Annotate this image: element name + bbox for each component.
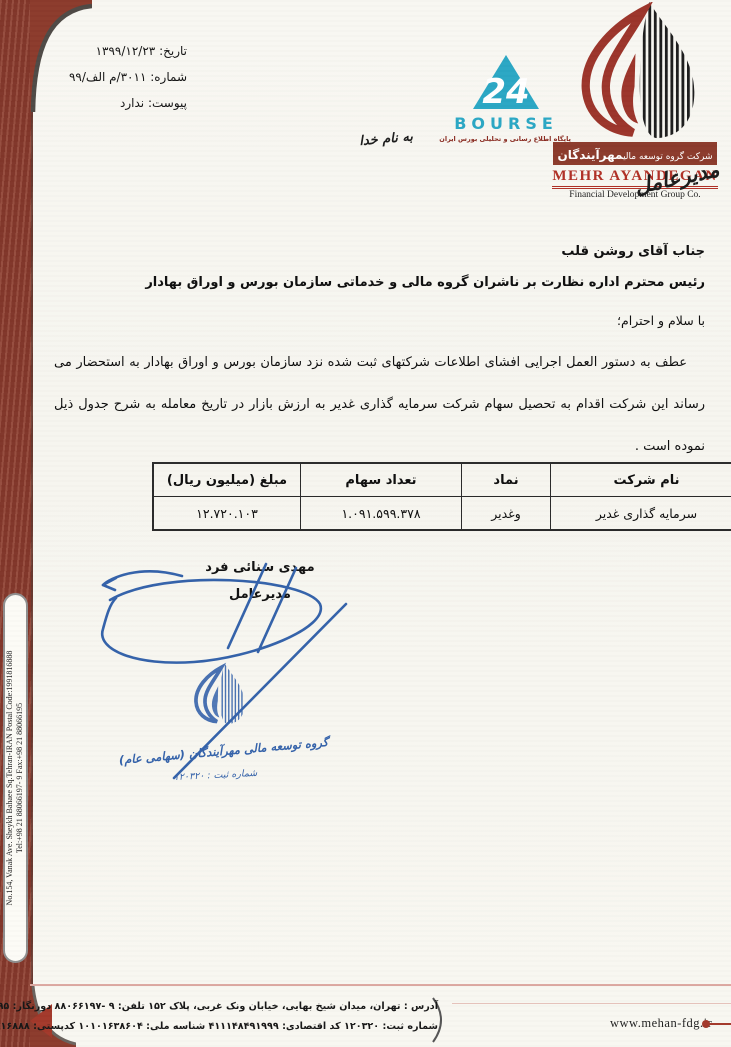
cell-amount: ۱۲.۷۲۰.۱۰۳ xyxy=(153,497,301,531)
table-row: سرمایه گذاری غدیر وغدیر ۱.۰۹۱.۵۹۹.۳۷۸ ۱۲… xyxy=(153,497,731,531)
header-share-count: تعداد سهام xyxy=(301,463,462,497)
footer-address-block: آدرس : تهران، میدان شیخ بهایی، خیابان ون… xyxy=(48,997,438,1037)
svg-text:24: 24 xyxy=(482,72,529,109)
recipient-block: جناب آقای روشن قلب رئیس محترم اداره نظار… xyxy=(37,236,705,298)
website-arrow-line xyxy=(709,1023,731,1025)
cell-share-count: ۱.۰۹۱.۵۹۹.۳۷۸ xyxy=(301,497,462,531)
side-address-line2: Tel:+98 21 88066197- 9 Fax:+98 21 880661… xyxy=(15,600,25,956)
meta-number-label: شماره: xyxy=(150,70,187,84)
company-name-fa-big: مهرآیندگان xyxy=(557,148,623,162)
meta-date-label: تاریخ: xyxy=(159,44,187,58)
footer-registry-line: شماره ثبت: ۱۲۰۳۲۰ کد اقتصادی: ۴۱۱۱۴۸۴۹۱۹… xyxy=(48,1017,438,1037)
table-header-row: نام شرکت نماد تعداد سهام مبلغ (میلیون ری… xyxy=(153,463,731,497)
meta-attachment-value: ندارد xyxy=(120,96,144,110)
side-address-strip: No.154, Vanak Ave. Sheykh Bahaee Sq.Tehr… xyxy=(3,593,28,963)
side-address-text: No.154, Vanak Ave. Sheykh Bahaee Sq.Tehr… xyxy=(5,600,27,956)
footer-divider-line xyxy=(30,984,731,986)
footer-thin-line xyxy=(452,1003,731,1004)
cell-ticker: وغدیر xyxy=(462,497,551,531)
meta-date-value: ۱۳۹۹/۱۲/۲۳ xyxy=(96,44,156,58)
header-amount: مبلغ (میلیون ریال) xyxy=(153,463,301,497)
bourse-triangle-icon: 24 xyxy=(473,55,539,109)
letter-meta: تاریخ: ۱۳۹۹/۱۲/۲۳ شماره: ۳۰۱۱/م الف/۹۹ پ… xyxy=(35,44,187,122)
website-url: www.mehan-fdg.ir xyxy=(610,1016,712,1031)
cell-company-name: سرمایه گذاری غدیر xyxy=(551,497,731,531)
meta-attachment: پیوست: ندارد xyxy=(35,96,187,110)
footer-address-line: آدرس : تهران، میدان شیخ بهایی، خیابان ون… xyxy=(48,997,438,1017)
company-flame-icon xyxy=(549,2,721,140)
bismillah-script: به نام خدا xyxy=(332,130,413,152)
scanned-letter-page: No.154, Vanak Ave. Sheykh Bahaee Sq.Tehr… xyxy=(0,0,731,1047)
header-ticker: نماد xyxy=(462,463,551,497)
deal-table: نام شرکت نماد تعداد سهام مبلغ (میلیون ری… xyxy=(152,462,731,531)
meta-attachment-label: پیوست: xyxy=(148,96,187,110)
letter-body: عطف به دستور العمل اجرایی افشای اطلاعات … xyxy=(54,342,705,468)
recipient-name: جناب آقای روشن قلب xyxy=(37,236,705,267)
side-address-line1: No.154, Vanak Ave. Sheykh Bahaee Sq.Tehr… xyxy=(5,600,15,956)
salutation: با سلام و احترام؛ xyxy=(617,313,705,328)
meta-number: شماره: ۳۰۱۱/م الف/۹۹ xyxy=(35,70,187,84)
meta-number-value: ۳۰۱۱/م الف/۹۹ xyxy=(69,70,146,84)
recipient-title: رئیس محترم اداره نظارت بر ناشران گروه ما… xyxy=(37,267,705,298)
meta-date: تاریخ: ۱۳۹۹/۱۲/۲۳ xyxy=(35,44,187,58)
company-stamp-flame-icon xyxy=(182,640,254,748)
header-company-name: نام شرکت xyxy=(551,463,731,497)
